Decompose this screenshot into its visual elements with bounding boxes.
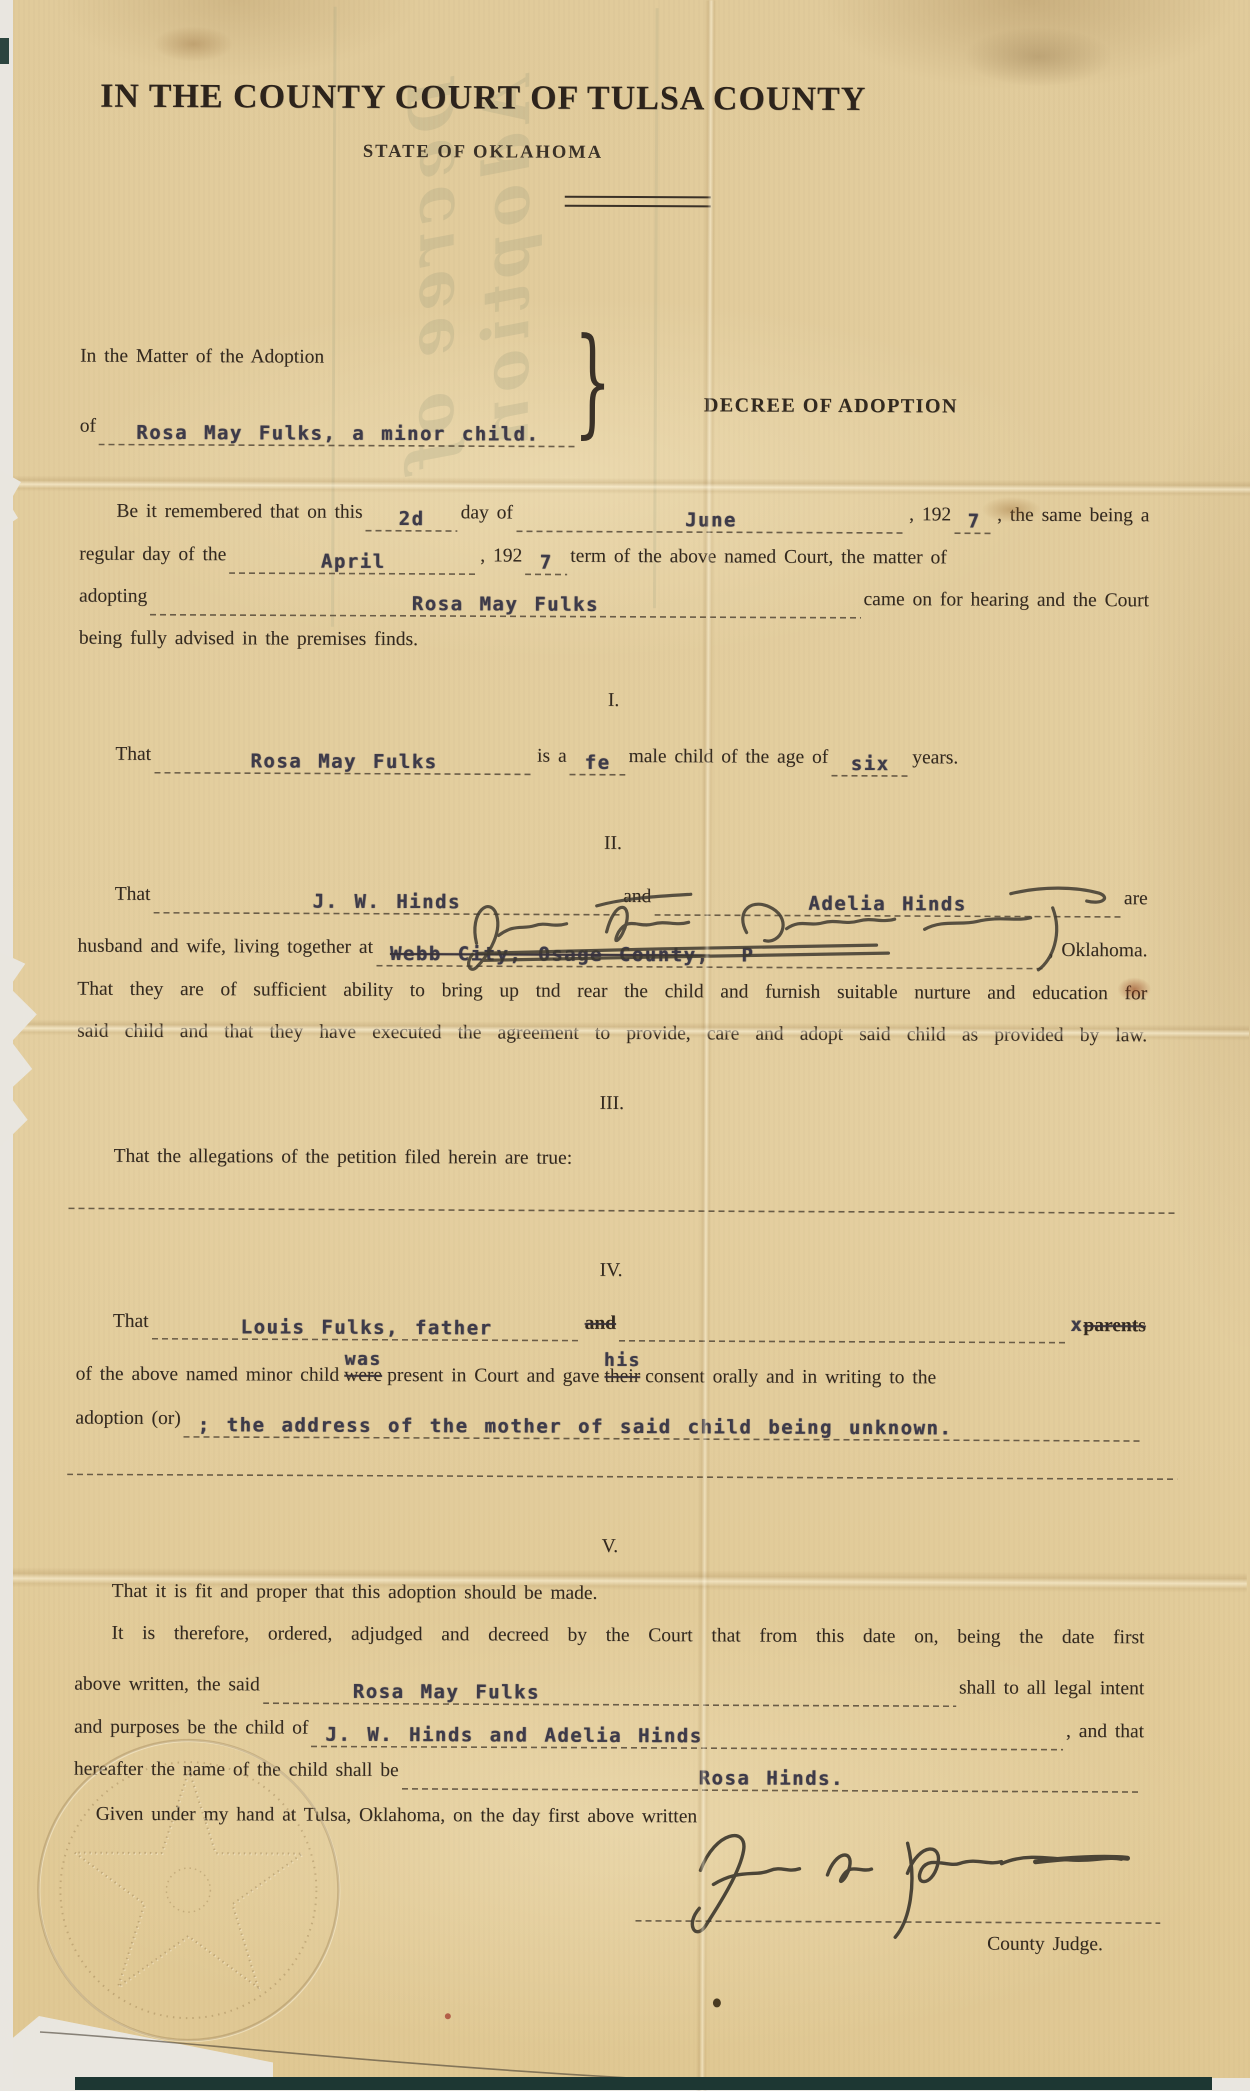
typed-entry-year: 7 — [968, 510, 981, 532]
section-5-line-3: above written, the said Rosa May Fulks s… — [74, 1674, 1144, 1709]
judge-signature: John P Boyd — [655, 1812, 1156, 1954]
ink-spot — [713, 1998, 721, 2007]
blank-line: Louis Fulks, father — [152, 1310, 582, 1342]
printed-text: present in Court and gave — [387, 1365, 599, 1388]
printed-text: shall to all legal intent — [959, 1677, 1144, 1700]
scanner-strip — [75, 2077, 1212, 2090]
stain — [963, 26, 1113, 87]
blank-line — [619, 1312, 1068, 1344]
printed-text: That the allegations of the petition fil… — [114, 1146, 573, 1170]
typed-entry-term-month: April — [321, 551, 386, 573]
typed-entry-father: Louis Fulks, father — [241, 1316, 493, 1339]
printed-text: is a — [537, 746, 567, 768]
printed-text: , 192 — [909, 504, 951, 526]
preamble-line-2: regular day of the April , 192 7 term of… — [79, 544, 1149, 579]
printed-text: came on for hearing and the Court — [863, 589, 1149, 612]
caption-line-2: of Rosa May Fulks, a minor child. — [80, 416, 580, 448]
printed-text: adoption (or) — [75, 1408, 180, 1430]
printed-text: being fully advised in the premises find… — [79, 628, 418, 651]
struck-word-parents: parents — [1083, 1315, 1146, 1337]
embossed-court-seal — [23, 1719, 354, 2050]
preamble-line-4: being fully advised in the premises find… — [79, 628, 418, 651]
blank-line: April — [229, 544, 477, 575]
scanned-document: Decree of Adoption IN THE COUNTY COURT O… — [0, 0, 1250, 2091]
blank-line: J. W. Hinds and Adelia Hinds — [311, 1718, 1063, 1751]
typed-entry-child-name: Rosa May Fulks — [353, 1681, 540, 1704]
double-rule — [565, 196, 711, 208]
blank-line: six — [831, 747, 909, 777]
printed-text: , 192 — [480, 545, 522, 567]
struck-word-and: and — [585, 1313, 617, 1335]
printed-text: regular day of the — [79, 544, 226, 567]
printed-text: consent orally and in writing to the — [645, 1366, 936, 1389]
state-subtitle: STATE OF OKLAHOMA — [83, 141, 883, 165]
printed-text: of the above named minor child — [76, 1364, 340, 1387]
section-numeral-5: V. — [75, 1534, 1145, 1561]
printed-text: male child of the age of — [629, 746, 829, 769]
printed-text: That — [115, 884, 151, 906]
section-3-line: That the allegations of the petition fil… — [114, 1146, 573, 1170]
printed-text: In the Matter of the Adoption — [80, 346, 324, 369]
stain — [981, 497, 1041, 523]
section-4-line-3: adoption (or) ; the address of the mothe… — [75, 1408, 1145, 1443]
typed-entry-adoptive-parents: J. W. Hinds and Adelia Hinds — [325, 1724, 702, 1748]
decree-heading: DECREE OF ADOPTION — [704, 394, 958, 418]
document-content: Decree of Adoption IN THE COUNTY COURT O… — [0, 0, 1250, 2091]
section-numeral-2: II. — [78, 831, 1148, 858]
corrected-word: his their — [604, 1366, 640, 1388]
horizontal-fold-crease — [1, 475, 1250, 496]
printed-text: above written, the said — [74, 1674, 260, 1697]
printed-text: years. — [912, 747, 958, 769]
corrected-word: was were — [344, 1365, 382, 1387]
typed-entry-his: his — [604, 1350, 641, 1371]
section-4-line-2: of the above named minor child was were … — [76, 1364, 1146, 1391]
section-1-line: That Rosa May Fulks is a fe male child o… — [115, 744, 1148, 779]
stain — [153, 26, 233, 62]
typed-entry-adoptee: Rosa May Fulks — [412, 593, 599, 616]
section-numeral-3: III. — [77, 1091, 1147, 1118]
typed-entry-clause: ; the address of the mother of said chil… — [198, 1414, 953, 1439]
typed-entry-day: 2d — [399, 508, 425, 530]
blank-line: Rosa May Fulks — [263, 1674, 956, 1707]
printed-text: It is therefore, ordered, adjudged and d… — [111, 1623, 1144, 1649]
blank-line: Rosa Hinds. — [402, 1760, 1141, 1793]
typed-entry-husband: J. W. Hinds — [313, 891, 461, 914]
curly-brace: } — [574, 322, 612, 440]
printed-text: day of — [461, 502, 513, 524]
typed-entry-year: 7 — [540, 552, 553, 574]
section-numeral-1: I. — [79, 688, 1149, 715]
section-4-line-1: That Louis Fulks, father and x parents — [113, 1310, 1146, 1345]
blank-line: ; the address of the mother of said chil… — [184, 1408, 1143, 1442]
typed-entry-age: six — [851, 753, 890, 775]
blank-line: Rosa May Fulks, a minor child. — [99, 416, 577, 448]
printed-text: adopting — [79, 586, 147, 608]
typed-x: x — [1070, 1314, 1083, 1336]
section-5-line-2: It is therefore, ordered, adjudged and d… — [111, 1623, 1144, 1650]
typed-entry-was: was — [345, 1349, 382, 1370]
blank-line: Rosa May Fulks — [154, 744, 534, 776]
court-title: IN THE COUNTY COURT OF TULSA COUNTY — [83, 78, 883, 119]
edge-mark — [0, 38, 9, 64]
blank-rule — [67, 1460, 1177, 1481]
printed-text: husband and wife, living together at — [77, 936, 373, 959]
preamble-line-3: adopting Rosa May Fulks came on for hear… — [79, 586, 1149, 621]
blank-line: 7 — [525, 546, 567, 576]
typed-entry-new-name: Rosa Hinds. — [699, 1767, 844, 1790]
typed-entry-child-name: Rosa May Fulks — [250, 750, 437, 773]
printed-text: , and that — [1066, 1721, 1144, 1743]
blank-line: fe — [570, 746, 626, 776]
blank-line: 2d — [366, 502, 458, 532]
printed-text: Be it remembered that on this — [116, 501, 362, 524]
signature-caption: County Judge. — [987, 1934, 1103, 1957]
printed-text: County Judge. — [987, 1934, 1103, 1957]
printed-text: That — [115, 744, 151, 766]
section-numeral-4: IV. — [76, 1258, 1146, 1285]
typed-entry-gender: fe — [585, 752, 611, 774]
handwriting-county-correction: Jenks Tulsa County — [454, 869, 1154, 987]
blank-rule — [68, 1194, 1178, 1215]
printed-text: term of the above named Court, the matte… — [570, 546, 947, 570]
printed-text: of — [80, 416, 96, 438]
typed-entry-child-name: Rosa May Fulks, a minor child. — [136, 422, 539, 446]
stain — [1117, 977, 1151, 1001]
caption-line-1: In the Matter of the Adoption — [80, 346, 324, 369]
blank-line: Rosa May Fulks — [150, 586, 860, 619]
printed-text: That — [113, 1311, 149, 1333]
